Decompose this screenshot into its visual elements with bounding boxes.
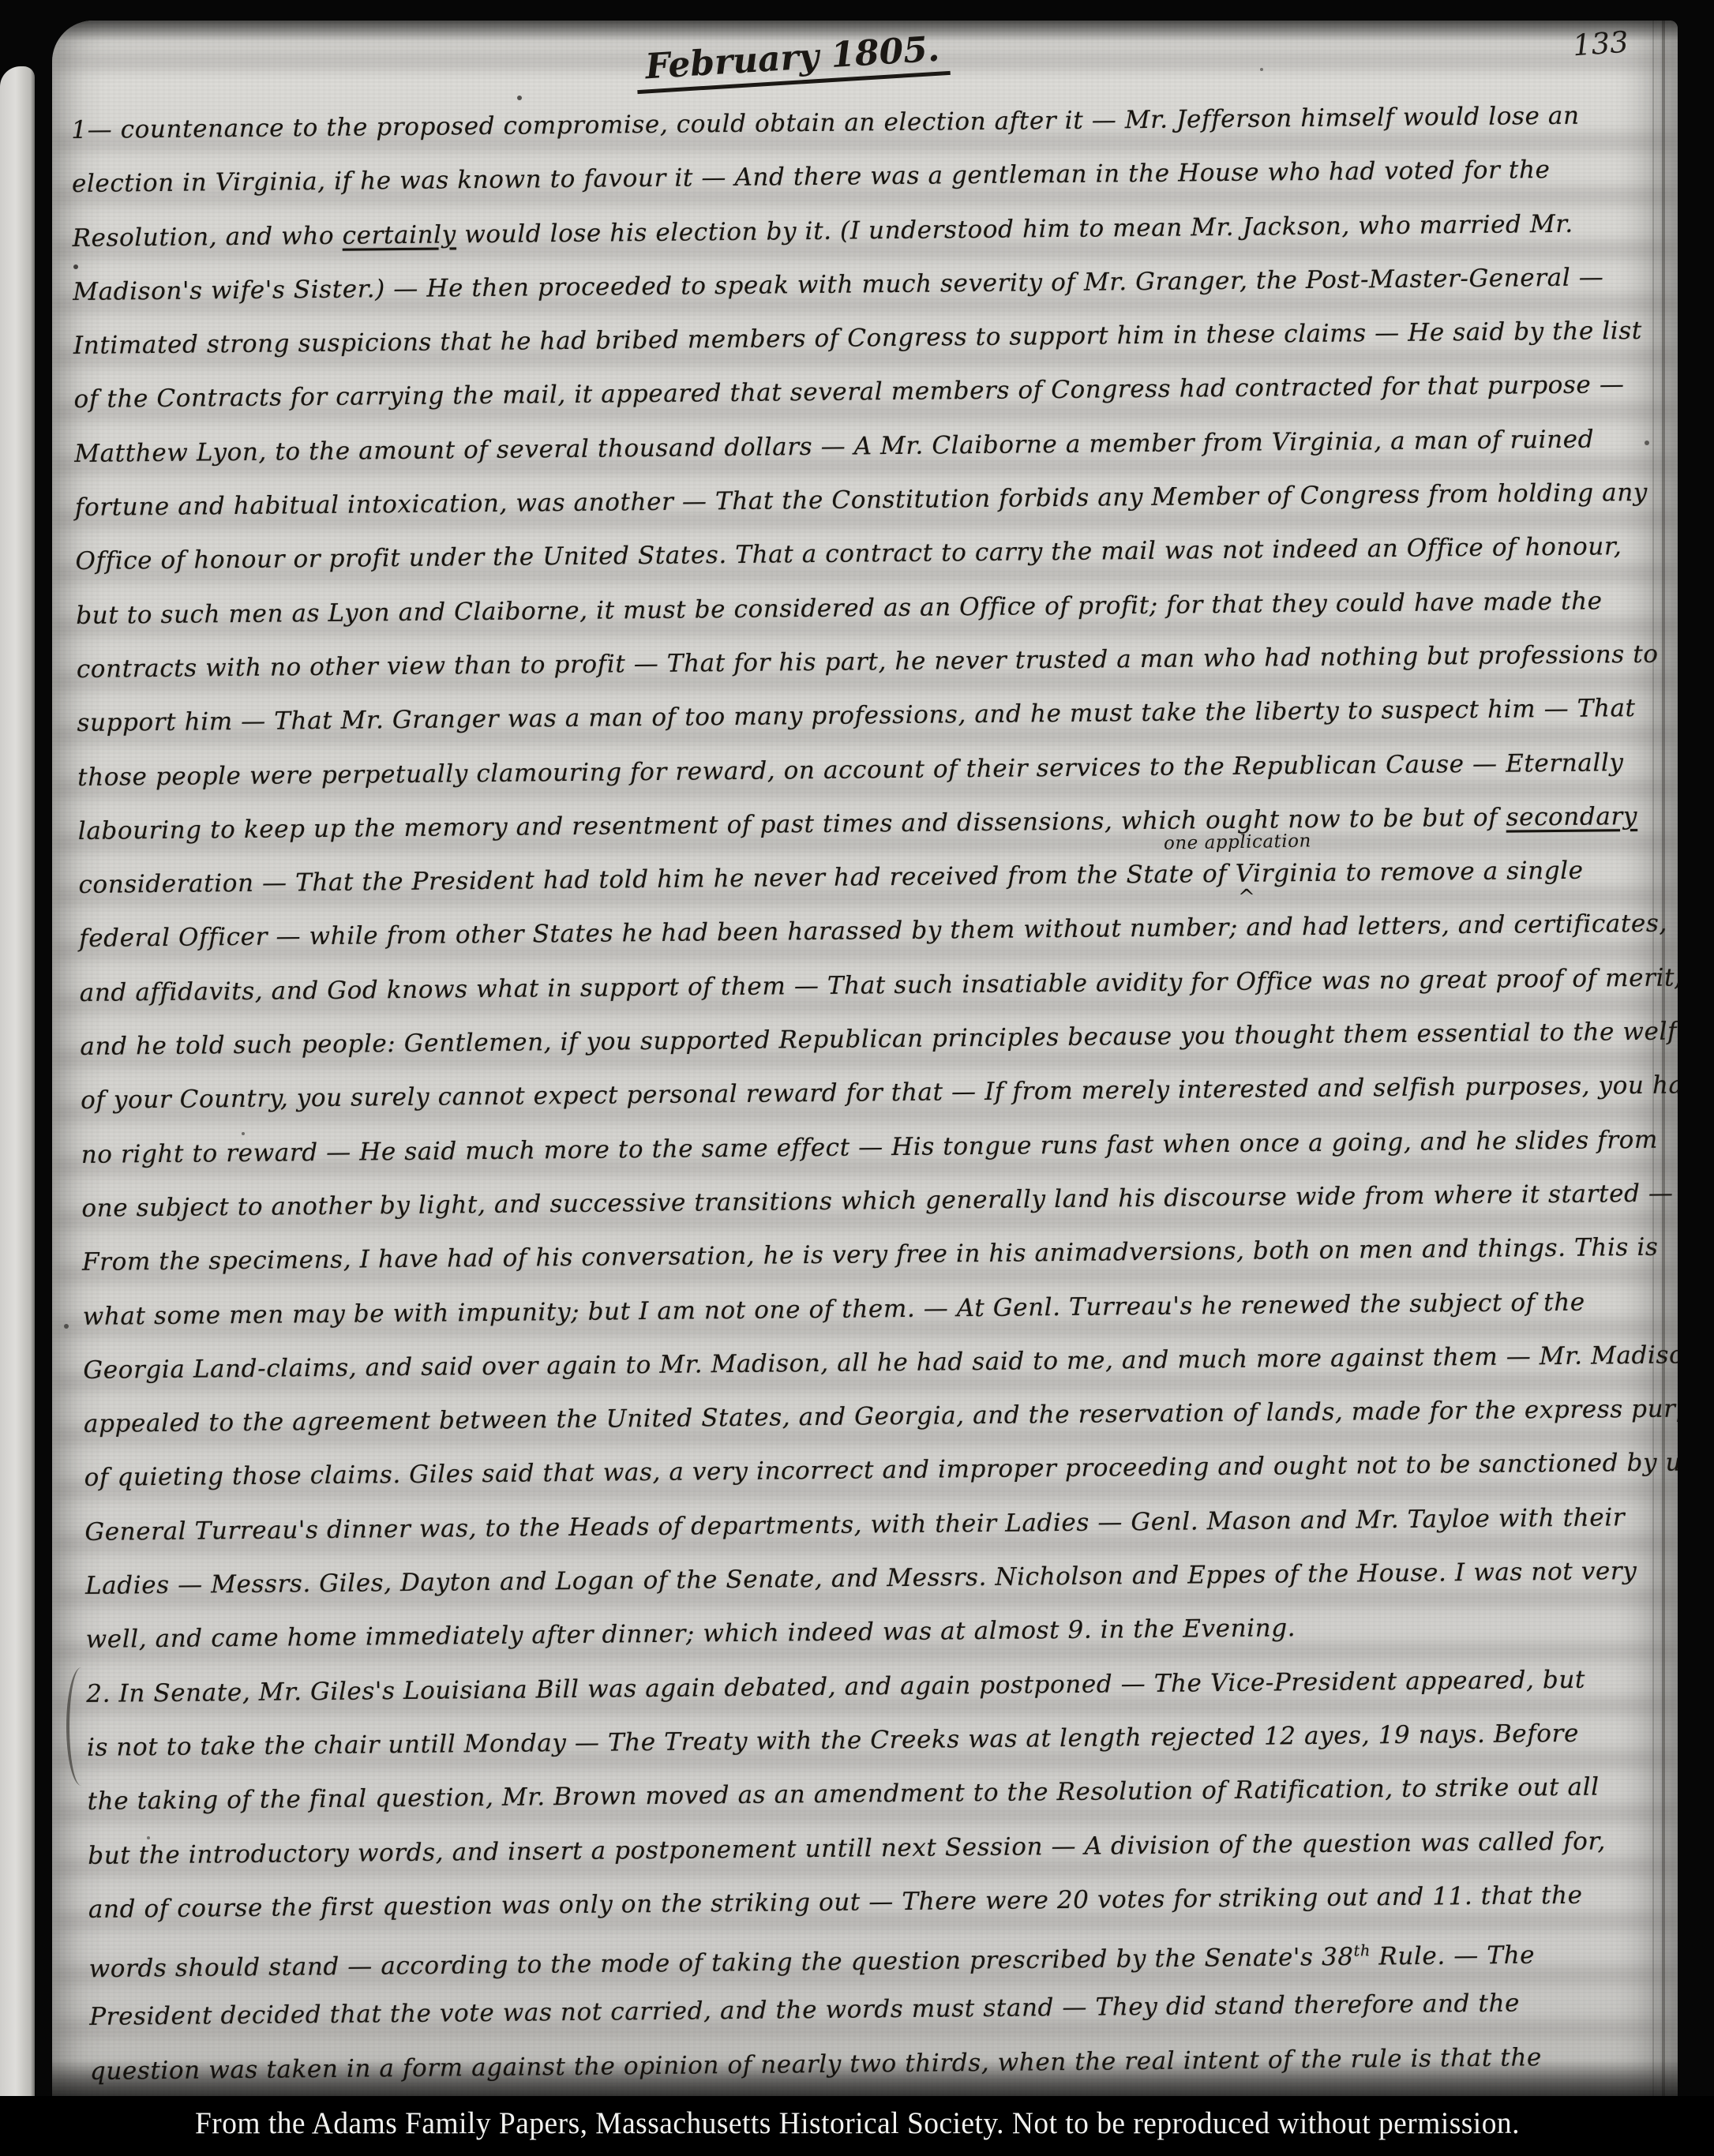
entry-2-margin-mark	[66, 1667, 96, 1786]
top-edge-shadow	[52, 21, 1678, 41]
interline-insertion: one application	[1164, 831, 1311, 853]
footer-credit-bar: From the Adams Family Papers, Massachuse…	[0, 2096, 1714, 2156]
manuscript-page-scan: 133 February 1805. 1— countenance to the…	[52, 21, 1678, 2096]
insertion-caret: ^	[1238, 886, 1255, 909]
bottom-edge-shadow	[52, 2060, 1678, 2096]
previous-page-edge	[0, 66, 35, 2096]
footer-credit-text: From the Adams Family Papers, Massachuse…	[195, 2096, 1520, 2151]
manuscript-lines: 1— countenance to the proposed compromis…	[71, 89, 1675, 2096]
